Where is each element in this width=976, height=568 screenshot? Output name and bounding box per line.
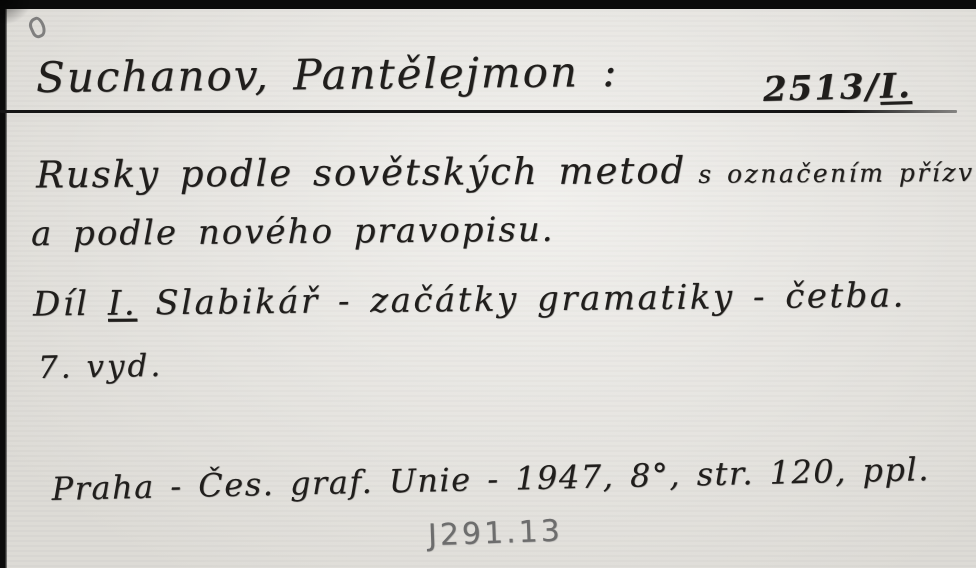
volume-numeral: I. bbox=[108, 283, 138, 323]
volume-prefix-text: Díl bbox=[33, 284, 108, 325]
volume-subtitle-text: Slabikář - začátky gramatiky - četba. bbox=[137, 275, 906, 323]
catalog-card-scan: Suchanov, Pantělejmon : 2513/I. Rusky po… bbox=[0, 0, 976, 568]
scan-edge-top bbox=[0, 0, 976, 9]
edition-note: 7. vyd. bbox=[38, 348, 164, 386]
catalog-number-volume: I. bbox=[880, 66, 913, 107]
title-line-1: Rusky podle sovětských metods označením … bbox=[36, 147, 976, 197]
catalog-number: 2513/I. bbox=[763, 66, 913, 110]
author-heading: Suchanov, Pantělejmon : bbox=[36, 47, 619, 102]
scan-corner-shadow bbox=[0, 0, 30, 24]
title-line-2: a podle nového pravopisu. bbox=[31, 210, 555, 255]
pencil-shelfmark: J291.13 bbox=[427, 514, 563, 554]
imprint-line: Praha - Čes. graf. Unie - 1947, 8°, str.… bbox=[51, 450, 930, 508]
title-annotation-text: s označením přízvuku bbox=[698, 158, 976, 189]
heading-rule-line bbox=[0, 110, 957, 113]
scan-edge-left bbox=[0, 0, 7, 568]
catalog-number-prefix: 2513/ bbox=[763, 67, 881, 110]
volume-line: Díl I. Slabikář - začátky gramatiky - če… bbox=[33, 275, 906, 324]
title-main-text: Rusky podle sovětských metod bbox=[36, 149, 687, 197]
